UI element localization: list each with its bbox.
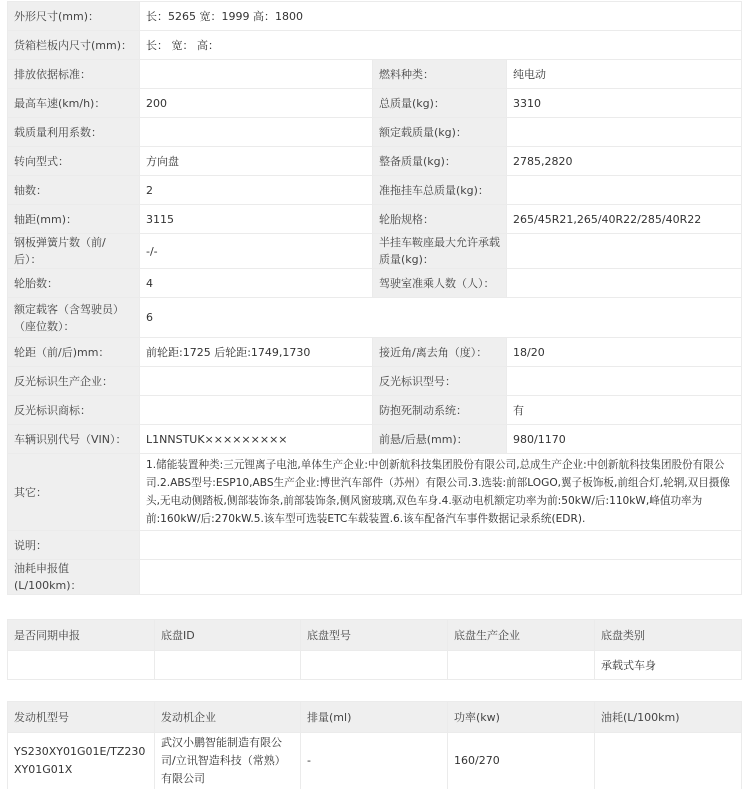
value-cargo-box: 长： 宽： 高：: [140, 31, 742, 60]
cell-chassis-type: 承载式车身: [595, 651, 742, 680]
value-track-width: 前轮距:1725 后轮距:1749,1730: [140, 338, 373, 367]
header-engine-maker: 发动机企业: [155, 702, 301, 733]
header-chassis-maker: 底盘生产企业: [448, 620, 595, 651]
label-wheelbase: 轴距(mm)：: [8, 205, 140, 234]
label-cargo-box: 货箱栏板内尺寸(mm)：: [8, 31, 140, 60]
label-overhang: 前悬/后悬(mm)：: [373, 425, 507, 454]
label-reflector-maker: 反光标识生产企业：: [8, 367, 140, 396]
chassis-table: 是否同期申报 底盘ID 底盘型号 底盘生产企业 底盘类别 承载式车身: [7, 619, 742, 680]
spec-row: 转向型式： 方向盘 整备质量(kg)： 2785,2820: [8, 147, 742, 176]
value-trailer-mass: [507, 176, 742, 205]
value-reflector-brand: [140, 396, 373, 425]
value-rated-load: [507, 118, 742, 147]
value-vin: L1NNSTUK×××××××××: [140, 425, 373, 454]
header-fuel-consumption: 油耗(L/100km): [595, 702, 742, 733]
engine-table: 发动机型号 发动机企业 排量(ml) 功率(kw) 油耗(L/100km) YS…: [7, 701, 742, 789]
label-load-coefficient: 载质量利用系数：: [8, 118, 140, 147]
label-dimensions: 外形尺寸(mm)：: [8, 2, 140, 31]
spec-row: 车辆识别代号（VIN）： L1NNSTUK××××××××× 前悬/后悬(mm)…: [8, 425, 742, 454]
spec-row-other: 其它： 1.储能装置种类:三元锂离子电池,单体生产企业:中创新航科技集团股份有限…: [8, 454, 742, 531]
label-tire-spec: 轮胎规格：: [373, 205, 507, 234]
value-emission-standard: [140, 60, 373, 89]
value-saddle-load: [507, 234, 742, 269]
cell-same-period: [8, 651, 155, 680]
label-fuel-consumption: 油耗申报值(L/100km)：: [8, 560, 140, 595]
label-approach-departure: 接近角/离去角（度）：: [373, 338, 507, 367]
label-vin: 车辆识别代号（VIN）：: [8, 425, 140, 454]
label-curb-weight: 整备质量(kg)：: [373, 147, 507, 176]
spec-row-dimensions: 外形尺寸(mm)： 长：5265 宽：1999 高：1800: [8, 2, 742, 31]
label-saddle-load: 半挂车鞍座最大允许承载质量(kg)：: [373, 234, 507, 269]
label-tire-count: 轮胎数：: [8, 269, 140, 298]
label-emission-standard: 排放依据标准：: [8, 60, 140, 89]
cell-engine-model: YS230XY01G01E/TZ230XY01G01X: [8, 733, 155, 789]
value-reflector-model: [507, 367, 742, 396]
header-power: 功率(kw): [448, 702, 595, 733]
spec-row-seats: 额定载客（含驾驶员）（座位数）： 6: [8, 298, 742, 338]
value-curb-weight: 2785,2820: [507, 147, 742, 176]
value-max-speed: 200: [140, 89, 373, 118]
label-track-width: 轮距（前/后)mm：: [8, 338, 140, 367]
vehicle-spec-table: 外形尺寸(mm)： 长：5265 宽：1999 高：1800 货箱栏板内尺寸(m…: [7, 1, 742, 595]
label-abs: 防抱死制动系统：: [373, 396, 507, 425]
value-leaf-springs: -/-: [140, 234, 373, 269]
spec-row: 轮距（前/后)mm： 前轮距:1725 后轮距:1749,1730 接近角/离去…: [8, 338, 742, 367]
value-fuel-type: 纯电动: [507, 60, 742, 89]
label-reflector-brand: 反光标识商标：: [8, 396, 140, 425]
cell-chassis-maker: [448, 651, 595, 680]
header-chassis-id: 底盘ID: [155, 620, 301, 651]
value-gross-mass: 3310: [507, 89, 742, 118]
label-cab-occupants: 驾驶室准乘人数（人）：: [373, 269, 507, 298]
value-cab-occupants: [507, 269, 742, 298]
value-steering: 方向盘: [140, 147, 373, 176]
cell-fuel-consumption: [595, 733, 742, 789]
header-engine-model: 发动机型号: [8, 702, 155, 733]
value-abs: 有: [507, 396, 742, 425]
spec-row: 轴距(mm)： 3115 轮胎规格： 265/45R21,265/40R22/2…: [8, 205, 742, 234]
spec-row-cargo-box: 货箱栏板内尺寸(mm)： 长： 宽： 高：: [8, 31, 742, 60]
header-chassis-type: 底盘类别: [595, 620, 742, 651]
spec-row-notes: 说明：: [8, 531, 742, 560]
engine-header-row: 发动机型号 发动机企业 排量(ml) 功率(kw) 油耗(L/100km): [8, 702, 742, 733]
spec-row: 轴数： 2 准拖挂车总质量(kg)：: [8, 176, 742, 205]
label-rated-load: 额定载质量(kg)：: [373, 118, 507, 147]
label-other: 其它：: [8, 454, 140, 531]
cell-displacement: -: [301, 733, 448, 789]
spec-row: 反光标识生产企业： 反光标识型号：: [8, 367, 742, 396]
header-chassis-model: 底盘型号: [301, 620, 448, 651]
value-wheelbase: 3115: [140, 205, 373, 234]
label-gross-mass: 总质量(kg)：: [373, 89, 507, 118]
spec-row: 载质量利用系数： 额定载质量(kg)：: [8, 118, 742, 147]
cell-engine-maker: 武汉小鹏智能制造有限公司/立讯智造科技（常熟）有限公司: [155, 733, 301, 789]
chassis-header-row: 是否同期申报 底盘ID 底盘型号 底盘生产企业 底盘类别: [8, 620, 742, 651]
cell-power: 160/270: [448, 733, 595, 789]
header-displacement: 排量(ml): [301, 702, 448, 733]
spec-row-fuel-consumption: 油耗申报值(L/100km)：: [8, 560, 742, 595]
spec-row: 钢板弹簧片数（前/后）： -/- 半挂车鞍座最大允许承载质量(kg)：: [8, 234, 742, 269]
table-row: 承载式车身: [8, 651, 742, 680]
spec-row: 轮胎数： 4 驾驶室准乘人数（人）：: [8, 269, 742, 298]
spec-row: 排放依据标准： 燃料种类： 纯电动: [8, 60, 742, 89]
label-reflector-model: 反光标识型号：: [373, 367, 507, 396]
label-trailer-mass: 准拖挂车总质量(kg)：: [373, 176, 507, 205]
cell-chassis-id: [155, 651, 301, 680]
value-seats: 6: [140, 298, 742, 338]
value-fuel-consumption: [140, 560, 742, 595]
value-dimensions: 长：5265 宽：1999 高：1800: [140, 2, 742, 31]
cell-chassis-model: [301, 651, 448, 680]
value-other: 1.储能装置种类:三元锂离子电池,单体生产企业:中创新航科技集团股份有限公司,总…: [140, 454, 742, 531]
label-fuel-type: 燃料种类：: [373, 60, 507, 89]
label-steering: 转向型式：: [8, 147, 140, 176]
label-max-speed: 最高车速(km/h)：: [8, 89, 140, 118]
header-same-period: 是否同期申报: [8, 620, 155, 651]
value-load-coefficient: [140, 118, 373, 147]
value-approach-departure: 18/20: [507, 338, 742, 367]
value-axles: 2: [140, 176, 373, 205]
label-seats: 额定载客（含驾驶员）（座位数）：: [8, 298, 140, 338]
value-tire-spec: 265/45R21,265/40R22/285/40R22: [507, 205, 742, 234]
spec-row: 最高车速(km/h)： 200 总质量(kg)： 3310: [8, 89, 742, 118]
label-axles: 轴数：: [8, 176, 140, 205]
value-tire-count: 4: [140, 269, 373, 298]
spec-row: 反光标识商标： 防抱死制动系统： 有: [8, 396, 742, 425]
value-overhang: 980/1170: [507, 425, 742, 454]
value-reflector-maker: [140, 367, 373, 396]
label-leaf-springs: 钢板弹簧片数（前/后）：: [8, 234, 140, 269]
value-notes: [140, 531, 742, 560]
table-row: YS230XY01G01E/TZ230XY01G01X 武汉小鹏智能制造有限公司…: [8, 733, 742, 789]
label-notes: 说明：: [8, 531, 140, 560]
